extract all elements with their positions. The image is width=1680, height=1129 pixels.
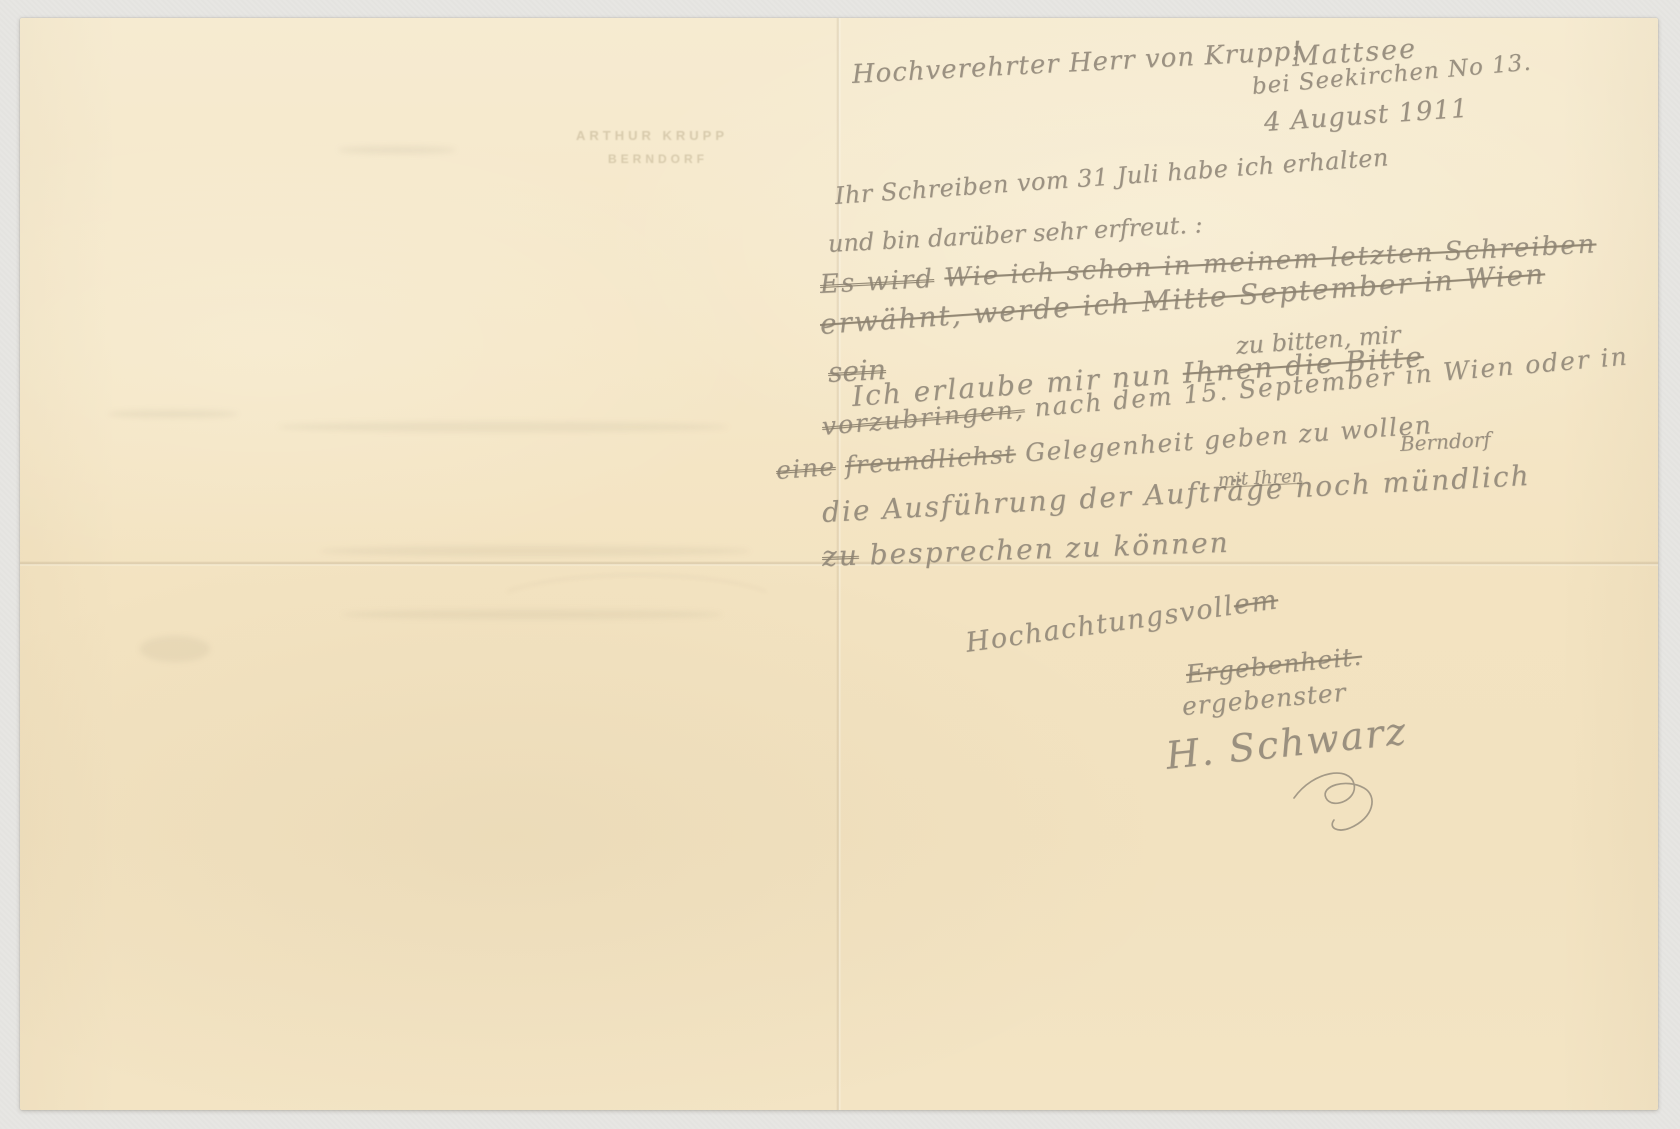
closing-line: Hochachtungsvollem (964, 584, 1280, 659)
crossed-out-text: eine (775, 452, 837, 485)
crossed-out-text: freundlichst (844, 439, 1017, 480)
ghost-letterhead-place: BERNDORF (608, 152, 708, 166)
crossed-out-text: em (1232, 584, 1280, 621)
ghost-smudge (108, 410, 238, 418)
body-text: noch mündlich (1294, 459, 1531, 504)
ghost-smudge (342, 610, 722, 619)
crossed-out-text: zu (821, 539, 859, 573)
body-line-2: und bin darüber sehr erfreut. : (827, 210, 1203, 258)
signature-flourish (1288, 764, 1388, 844)
salutation-line: Hochverehrter Herr von Krupp! (851, 36, 1303, 90)
interline-insertion: mit Ihren (1217, 466, 1303, 491)
body-text: Gelegenheit geben zu wollen (1024, 410, 1433, 467)
body-text: die Ausführung der Aufträge (821, 472, 1285, 529)
closing-text: Hochachtungsvoll (964, 591, 1236, 659)
ghost-smudge (490, 574, 784, 638)
body-line-1: Ihr Schreiben vom 31 Juli habe ich erhal… (834, 143, 1390, 210)
ghost-letterhead-name: ARTHUR KRUPP (576, 128, 728, 143)
ghost-smudge (278, 422, 728, 432)
scan-background: ARTHUR KRUPP BERNDORF Hochverehrter Herr… (0, 0, 1680, 1129)
ghost-smudge (320, 546, 750, 556)
ghost-smudge (140, 636, 210, 662)
letter-paper: ARTHUR KRUPP BERNDORF Hochverehrter Herr… (20, 18, 1658, 1110)
ghost-smudge (338, 146, 456, 154)
date-line: 4 August 1911 (1263, 94, 1470, 138)
crossed-out-text: Es wird (819, 264, 935, 300)
